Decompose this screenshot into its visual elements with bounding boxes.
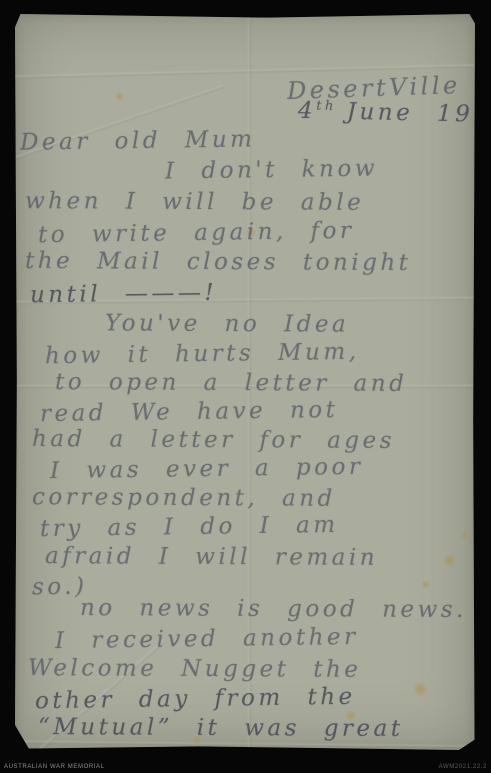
letter-line: the Mail closes tonight: [25, 248, 412, 276]
crease-line: [15, 385, 475, 388]
letter-place: DesertVille: [287, 71, 462, 105]
stain-mark: [421, 580, 430, 589]
letter-line: I don't know: [165, 156, 378, 185]
date-suffix: th: [316, 99, 337, 114]
photo-frame: DesertVille 4thJune 1916 Dear old Mum I …: [0, 0, 491, 773]
stain-mark: [443, 554, 456, 567]
crease-line: [0, 85, 224, 166]
letter-page: DesertVille 4thJune 1916 Dear old Mum I …: [15, 14, 475, 750]
stain-mark: [461, 532, 468, 539]
crease-line: [248, 14, 251, 750]
crease-line: [5, 640, 165, 773]
archive-reference-number: AWM2021.22.2: [439, 764, 487, 770]
stain-mark: [345, 710, 356, 721]
letter-salutation: Dear old Mum: [20, 126, 256, 155]
stain-mark: [246, 227, 256, 237]
date-rest: June 1916: [346, 99, 491, 128]
archive-footer: AUSTRALIAN WAR MEMORIAL AWM2021.22.2: [4, 764, 487, 770]
letter-line: no news is good news.: [80, 595, 467, 623]
letter-line: You've no Idea: [105, 310, 349, 337]
stain-mark: [413, 682, 428, 697]
letter-line: how it hurts Mum,: [45, 339, 360, 369]
letter-line: correspondent, and: [32, 484, 336, 512]
letter-line: to open a letter and: [55, 369, 407, 397]
letter-line: “Mutual” it was great: [38, 714, 404, 742]
crease-line: [15, 741, 475, 749]
letter-date: 4thJune 1916: [298, 98, 491, 128]
archive-institution-label: AUSTRALIAN WAR MEMORIAL: [4, 764, 105, 770]
crease-line: [15, 64, 475, 78]
letter-line: afraid I will remain: [45, 543, 378, 571]
letter-line: other day from the: [35, 684, 356, 714]
letter-line: I was ever a poor: [50, 454, 364, 484]
letter-line: so.): [32, 574, 88, 601]
letter-line: read We have not: [40, 397, 339, 427]
letter-line: I received another: [55, 624, 359, 654]
letter-line: to write again, for: [38, 218, 355, 248]
letter-line: had a letter for ages: [32, 426, 395, 454]
letter-line: when I will be able: [25, 188, 364, 216]
date-day: 4: [298, 98, 317, 124]
stain-mark: [115, 92, 124, 101]
letter-line: Welcome Nugget the: [28, 655, 362, 683]
stain-mark: [193, 736, 201, 744]
crease-line: [15, 297, 475, 304]
letter-line: try as I do I am: [40, 512, 339, 542]
letter-line: until ———!: [30, 280, 217, 309]
